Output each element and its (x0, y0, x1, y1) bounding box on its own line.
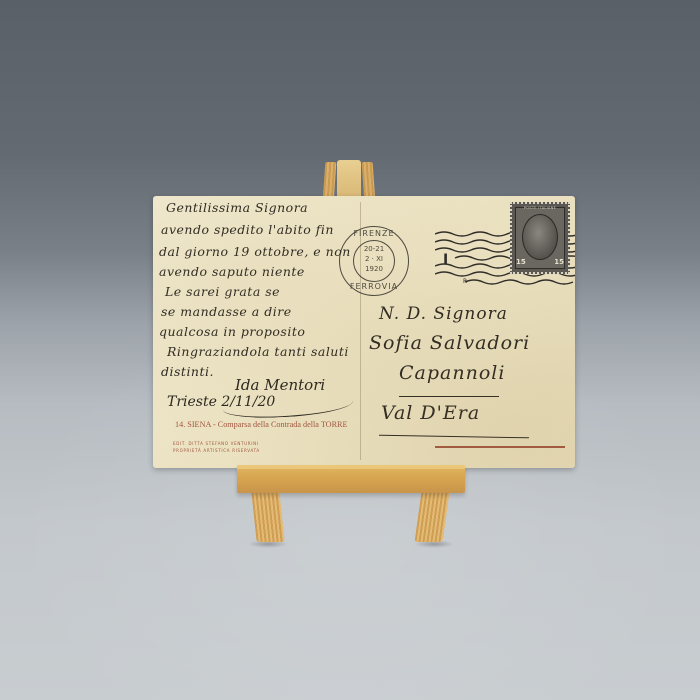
stamp-header: POSTE ITALIANE (516, 206, 564, 210)
stamp-value-right: 15 (554, 258, 564, 266)
printed-address-rule (435, 446, 565, 448)
postcard: Gentilissima Signora avendo spedito l'ab… (153, 196, 575, 468)
postmark-time: 20-21 (354, 245, 394, 253)
message-line: qualcosa in proposito (159, 324, 305, 339)
address-line: N. D. Signora (379, 304, 508, 324)
postmark-city: FIRENZE (340, 229, 408, 238)
address-line: Capannoli (399, 362, 505, 384)
postage-stamp: POSTE ITALIANE 15 15 (510, 202, 570, 274)
address-line: Val D'Era (381, 402, 480, 424)
publisher-line: PROPRIETÀ ARTISTICA RISERVATA (173, 448, 260, 453)
message-line: Ringraziandola tanti saluti (167, 344, 349, 359)
message-line: avendo spedito l'abito fin (161, 222, 334, 237)
cancel-letter: R (463, 278, 467, 285)
photo-scene: Gentilissima Signora avendo spedito l'ab… (0, 0, 700, 700)
easel-leg-left (251, 492, 284, 542)
address-underline (399, 396, 499, 397)
postmark-year: 1920 (354, 265, 394, 273)
signature: Ida Mentori (235, 376, 325, 394)
message-line: dal giorno 19 ottobre, e non (159, 244, 351, 259)
message-line: se mandasse a dire (161, 304, 292, 319)
message-line: Le sarei grata se (165, 284, 280, 299)
message-line: avendo saputo niente (159, 264, 305, 279)
message-line: Gentilissima Signora (166, 200, 308, 215)
postmark-inner-ring: 20-21 2 · XI 1920 (353, 240, 395, 282)
message-line: distinti. (161, 364, 214, 379)
printed-caption: 14. SIENA - Comparsa della Contrada dell… (175, 420, 348, 429)
stamp-value-left: 15 (516, 258, 526, 266)
publisher-line: EDIT. DITTA STEFANO VENTURINI (173, 441, 259, 446)
king-portrait-icon (522, 214, 558, 260)
address-underline (379, 435, 529, 439)
postmark-day: 2 · XI (354, 255, 394, 263)
address-line: Sofia Salvadori (369, 332, 530, 354)
easel-shelf (237, 465, 465, 493)
postmark-office: FERROVIA (340, 282, 408, 291)
letter-date: Trieste 2/11/20 (167, 394, 275, 410)
postmark: FIRENZE 20-21 2 · XI 1920 FERROVIA (339, 226, 409, 296)
cancel-mark: I (443, 252, 448, 268)
